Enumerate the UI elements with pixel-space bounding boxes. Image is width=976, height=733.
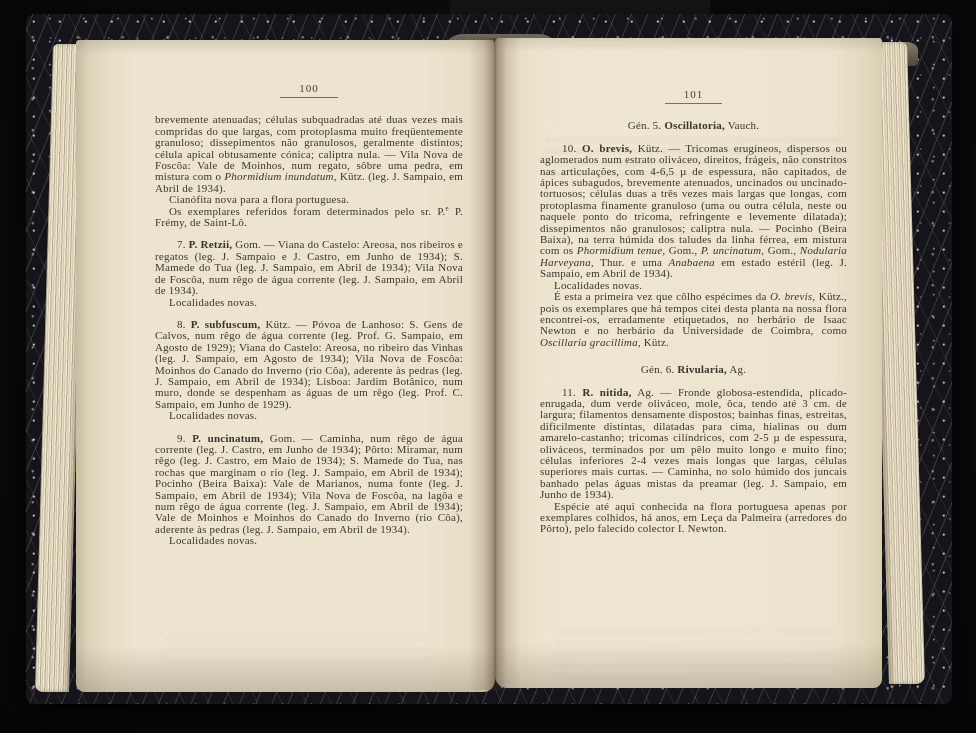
paragraph: Localidades novas. <box>155 298 463 309</box>
show-through-texture <box>166 636 436 666</box>
left-page-header: 100 <box>155 84 463 98</box>
paragraph: Gén. 6. Rivularia, Ag. <box>540 365 847 376</box>
paragraph: Localidades novas. <box>155 536 463 547</box>
paragraph: brevemente atenuadas; células subquadrad… <box>155 115 463 195</box>
photo-background: 100 brevemente atenuadas; células subqua… <box>0 0 976 733</box>
paragraph: Localidades novas. <box>155 411 463 422</box>
paragraph: 9. P. uncinatum, Gom. — Caminha, num rêg… <box>155 434 463 537</box>
paragraph: 10. O. brevis, Kütz. — Tricomas erugíneo… <box>540 144 847 281</box>
paragraph: É esta a primeira vez que côlho espécime… <box>540 292 847 349</box>
right-page-number: 101 <box>665 90 723 104</box>
right-page-header: 101 <box>540 90 847 104</box>
paragraph: Gén. 5. Oscillatoria, Vauch. <box>540 121 847 132</box>
left-page-number: 100 <box>280 84 338 98</box>
right-page-text: 101 Gén. 5. Oscillatoria, Vauch.10. O. b… <box>540 90 847 536</box>
left-page-body: brevemente atenuadas; células subquadrad… <box>155 115 463 547</box>
show-through-texture <box>555 630 835 694</box>
left-page: 100 brevemente atenuadas; células subqua… <box>76 40 495 692</box>
right-page: 101 Gén. 5. Oscillatoria, Vauch.10. O. b… <box>495 38 882 688</box>
left-page-text: 100 brevemente atenuadas; células subqua… <box>155 84 463 548</box>
paragraph: 8. P. subfuscum, Kütz. — Póvoa de Lanhos… <box>155 320 463 411</box>
right-page-body: Gén. 5. Oscillatoria, Vauch.10. O. brevi… <box>540 121 847 535</box>
paragraph: 11. R. nitida, Ag. — Fronde globosa-este… <box>540 388 847 502</box>
paragraph: 7. P. Retzii, Gom. — Viana do Castelo: A… <box>155 240 463 297</box>
paragraph: Espécie até aqui conhecida na flora port… <box>540 502 847 536</box>
paragraph: Os exemplares referidos foram determinad… <box>155 207 463 230</box>
open-book: 100 brevemente atenuadas; células subqua… <box>26 14 952 704</box>
